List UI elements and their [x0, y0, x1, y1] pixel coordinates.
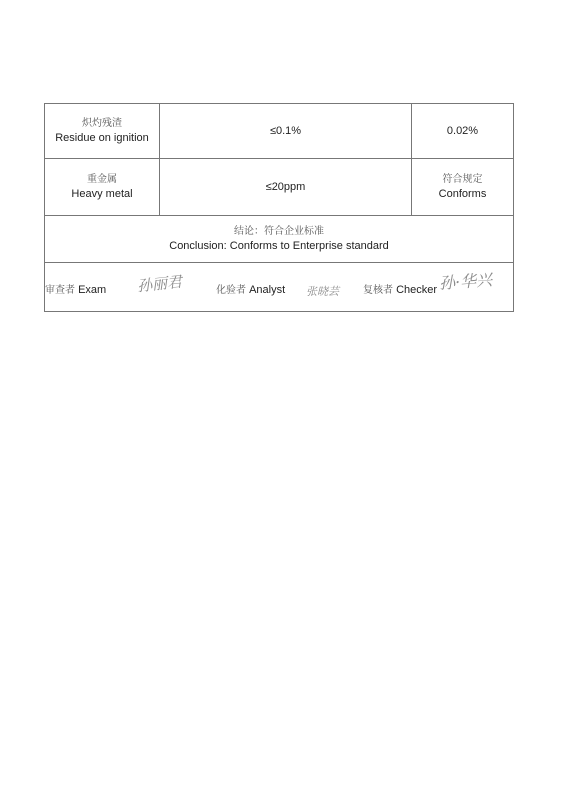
- result-cell: 符合规定 Conforms: [412, 159, 513, 215]
- conclusion-cell: 结论：符合企业标准 Conclusion: Conforms to Enterp…: [45, 216, 513, 262]
- checker-signature: 孙·华兴: [438, 267, 493, 294]
- conclusion-zh: 结论：符合企业标准: [234, 224, 324, 239]
- conclusion-en: Conclusion: Conforms to Enterprise stand…: [169, 239, 389, 254]
- specification-cell: ≤20ppm: [160, 159, 412, 215]
- specification-value: ≤20ppm: [266, 180, 306, 195]
- result-value-zh: 符合规定: [443, 172, 483, 187]
- item-name-en: Heavy metal: [71, 187, 132, 202]
- exam-label: 审查者 Exam: [45, 281, 106, 296]
- result-value-en: Conforms: [439, 187, 487, 202]
- signature-row: 审查者 Exam 孙丽君 化验者 Analyst 张晓芸 复核者 Checker…: [45, 263, 513, 311]
- item-cell: 炽灼残渣 Residue on ignition: [45, 104, 160, 158]
- analyst-label: 化验者 Analyst: [216, 281, 285, 296]
- result-cell: 0.02%: [412, 104, 513, 158]
- result-value: 0.02%: [447, 124, 478, 139]
- table-row-residue-on-ignition: 炽灼残渣 Residue on ignition ≤0.1% 0.02%: [45, 104, 513, 159]
- specification-cell: ≤0.1%: [160, 104, 412, 158]
- analyst-signature: 张晓芸: [306, 283, 339, 299]
- item-name-zh: 重金属: [87, 172, 117, 187]
- conclusion-row: 结论：符合企业标准 Conclusion: Conforms to Enterp…: [45, 216, 513, 263]
- checker-label: 复核者 Checker: [363, 281, 437, 296]
- exam-signature: 孙丽君: [136, 271, 183, 297]
- table-row-heavy-metal: 重金属 Heavy metal ≤20ppm 符合规定 Conforms: [45, 159, 513, 216]
- item-name-zh: 炽灼残渣: [82, 116, 122, 131]
- item-name-en: Residue on ignition: [55, 131, 149, 146]
- specification-value: ≤0.1%: [270, 124, 301, 139]
- item-cell: 重金属 Heavy metal: [45, 159, 160, 215]
- test-results-table: 炽灼残渣 Residue on ignition ≤0.1% 0.02% 重金属…: [44, 103, 514, 312]
